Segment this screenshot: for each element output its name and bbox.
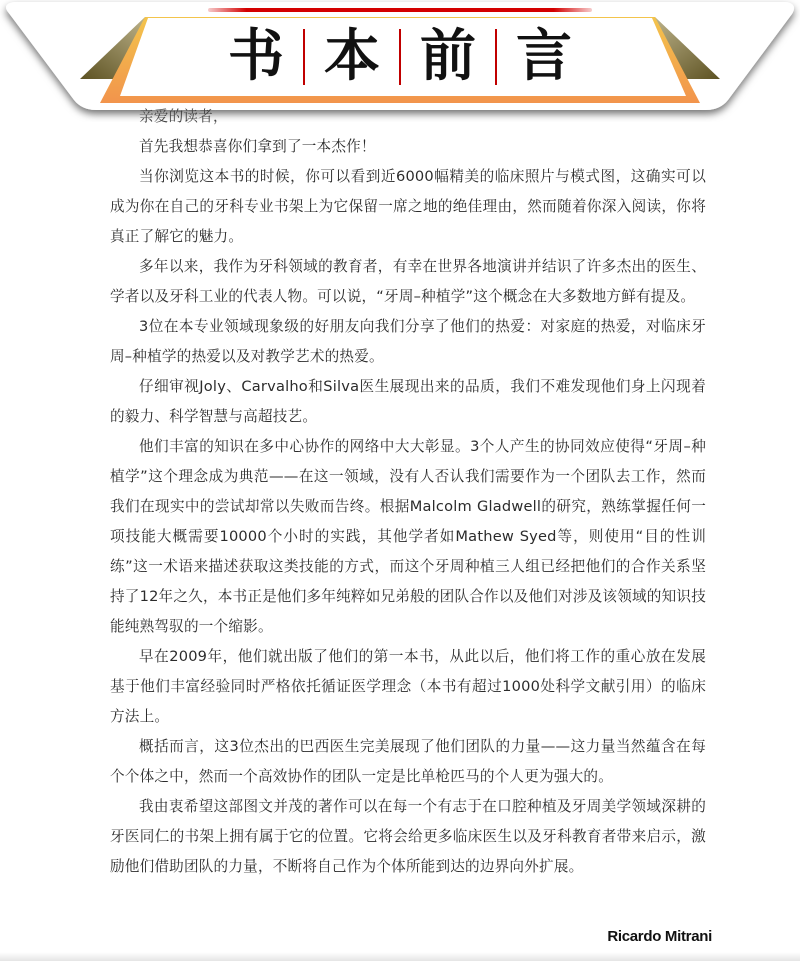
paragraph: 仔细审视Joly、Carvalho和Silva医生展现出来的品质，我们不难发现他…: [110, 372, 706, 432]
paragraph: 他们丰富的知识在多中心协作的网络中大大彰显。3个人产生的协同效应使得“牙周–种植…: [110, 432, 706, 642]
salutation: 亲爱的读者，: [110, 102, 706, 132]
paragraph: 我由衷希望这部图文并茂的著作可以在每一个有志于在口腔种植及牙周美学领域深耕的牙医…: [110, 792, 706, 882]
red-top-line: [208, 8, 592, 12]
title-char: 本: [321, 24, 383, 90]
page-title: 书 本 前 言: [225, 24, 575, 90]
paragraph: 早在2009年，他们就出版了他们的第一本书，从此以后，他们将工作的重心放在发展基…: [110, 642, 706, 732]
paragraph: 首先我想恭喜你们拿到了一本杰作！: [110, 132, 706, 162]
title-char: 书: [225, 24, 287, 90]
title-separator: [303, 29, 305, 85]
title-separator: [495, 29, 497, 85]
paragraph: 3位在本专业领域现象级的好朋友向我们分享了他们的热爱：对家庭的热爱，对临床牙周–…: [110, 312, 706, 372]
title-char: 前: [417, 24, 479, 90]
preface-body: 亲爱的读者， 首先我想恭喜你们拿到了一本杰作！ 当你浏览这本书的时候，你可以看到…: [110, 102, 706, 882]
title-separator: [399, 29, 401, 85]
paragraph: 当你浏览这本书的时候，你可以看到近6000幅精美的临床照片与模式图，这确实可以成…: [110, 162, 706, 252]
paragraph: 概括而言，这3位杰出的巴西医生完美展现了他们团队的力量——这力量当然蕴含在每个个…: [110, 732, 706, 792]
page-bottom-edge: [0, 952, 800, 961]
title-char: 言: [513, 24, 575, 90]
author-signature: Ricardo Mitrani: [607, 928, 712, 945]
paragraph: 多年以来，我作为牙科领域的教育者，有幸在世界各地演讲并结识了许多杰出的医生、学者…: [110, 252, 706, 312]
